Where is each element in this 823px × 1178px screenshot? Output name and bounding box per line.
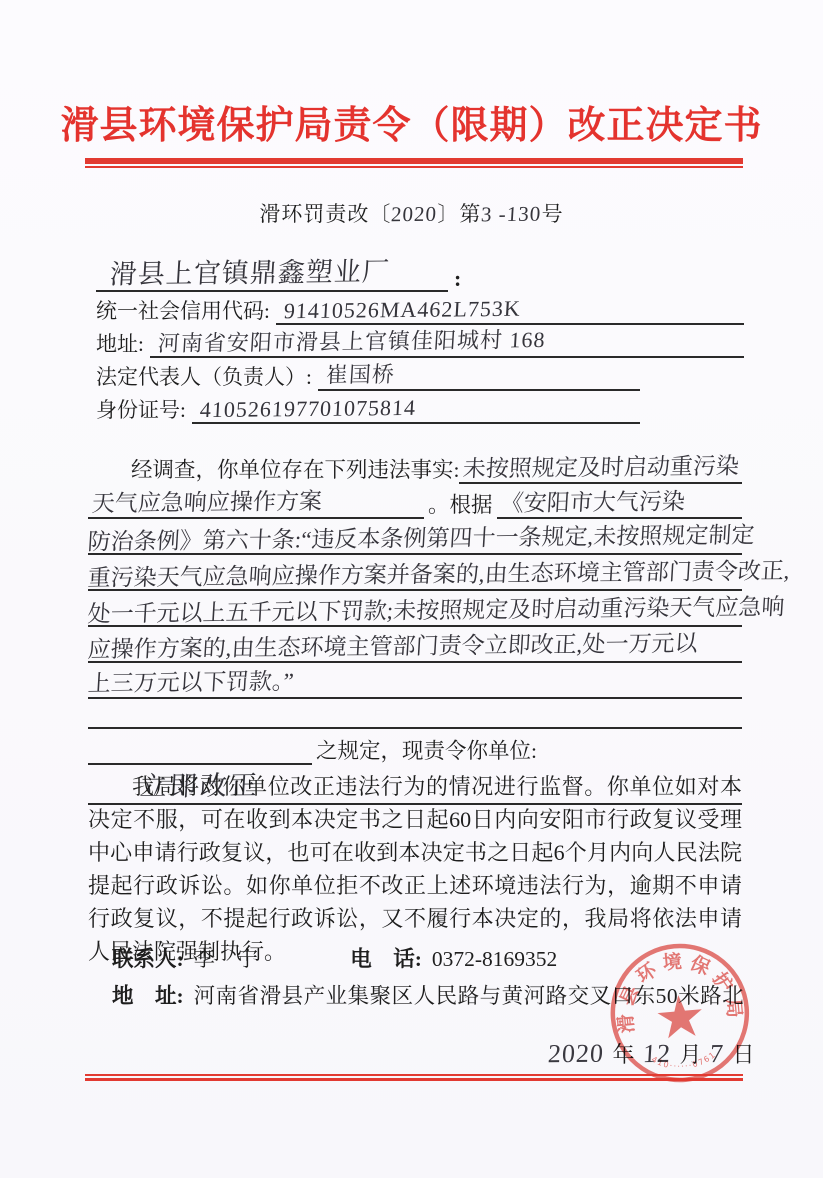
law-handwritten-1: 防治条例》第六十条:“违反本条例第四十一条规定,未按照规定制定 <box>87 517 756 557</box>
facts-underline-1: 未按照规定及时启动重污染 <box>459 449 742 484</box>
legal-rep-underline: 崔国桥 <box>318 358 640 391</box>
red-double-rule-bottom <box>85 1074 743 1081</box>
scanned-document-page: 滑县环境保护局责令（限期）改正决定书 滑环罚责改〔2020〕第3 -130号 滑… <box>0 0 823 1178</box>
legal-rep-label: 法定代表人（负责人）: <box>96 361 318 391</box>
id-number-label: 身份证号: <box>96 394 192 424</box>
date-year-unit: 年 <box>610 1042 638 1067</box>
docno-year-handwritten: 2020 <box>391 202 439 227</box>
docno-prefix: 滑环罚责改〔 <box>259 202 391 226</box>
clause-text: 之规定，现责令你单位: <box>312 734 537 765</box>
date-day-unit: 日 <box>730 1042 758 1067</box>
recipient-block: 滑县上官镇鼎鑫塑业厂 : 统一社会信用代码: 91410526MA462L753… <box>96 250 744 424</box>
phone-label: 电 话: <box>350 942 422 973</box>
facts-lead-text: 经调查，你单位存在下列违法事实: <box>88 453 459 484</box>
facts-mid-text: 。根据 <box>424 488 497 519</box>
law-handwritten-5: 上三万元以下罚款。” <box>87 663 295 698</box>
id-number-underline: 410526197701075814 <box>192 396 640 424</box>
recipient-name-underline: 滑县上官镇鼎鑫塑业厂 <box>96 251 448 292</box>
docno-serial-handwritten: 3 -130 <box>481 202 543 228</box>
supervision-paragraph: 我局将对你单位改正违法行为的情况进行监督。你单位如对本决定不服，可在收到本决定书… <box>88 770 742 968</box>
law-line-3: 处一千元以上五千元以下罚款;未按照规定及时启动重污染天气应急响 <box>88 591 742 627</box>
recipient-name-colon: : <box>448 266 461 292</box>
office-address-label: 地 址: <box>112 979 184 1010</box>
law-handwritten-4: 应操作方案的,由生态环境主管部门责令立即改正,处一万元以 <box>87 625 699 664</box>
date-line: 2020 年 12 月 7 日 <box>548 1038 758 1069</box>
address-row: 地址: 河南省安阳市滑县上官镇佳阳城村 168 <box>96 325 744 358</box>
red-double-rule-top <box>85 158 743 168</box>
document-number: 滑环罚责改〔2020〕第3 -130号 <box>0 198 823 228</box>
address-underline: 河南省安阳市滑县上官镇佳阳城村 168 <box>150 325 744 358</box>
facts-underline-2: 天气应急响应操作方案 <box>88 484 424 519</box>
empty-fill-underline <box>88 711 742 729</box>
facts-underline-3: 《安阳市大气污染 <box>497 484 742 519</box>
contact-row: 联系人: 李 宁 电 话: 0372-8169352 <box>112 942 744 979</box>
law-line-4: 应操作方案的,由生态环境主管部门责令立即改正,处一万元以 <box>88 627 742 663</box>
contact-name: 李 宁 <box>184 942 259 973</box>
date-day-handwritten: 7 <box>709 1039 725 1069</box>
law-line-5: 上三万元以下罚款。” <box>88 663 742 699</box>
office-address-value: 河南省滑县产业集聚区人民路与黄河路交叉口东50米路北 <box>184 979 745 1010</box>
facts-block: 经调查，你单位存在下列违法事实: 未按照规定及时启动重污染 天气应急响应操作方案… <box>88 449 742 805</box>
docno-suffix: 号 <box>542 202 564 226</box>
facts-handwritten-3: 《安阳市大气污染 <box>499 483 685 518</box>
facts-handwritten-2: 天气应急响应操作方案 <box>91 483 323 518</box>
id-number-row: 身份证号: 410526197701075814 <box>96 391 744 424</box>
facts-handwritten-1: 未按照规定及时启动重污染 <box>462 448 740 484</box>
clause-row: 之规定，现责令你单位: <box>88 733 742 765</box>
recipient-name-handwritten: 滑县上官镇鼎鑫塑业厂 <box>109 250 392 292</box>
office-address-row: 地 址: 河南省滑县产业集聚区人民路与黄河路交叉口东50米路北 <box>112 979 744 1016</box>
contact-block: 联系人: 李 宁 电 话: 0372-8169352 地 址: 河南省滑县产业集… <box>112 942 744 1016</box>
law-line-2: 重污染天气应急响应操作方案并备案的,由生态环境主管部门责令改正, <box>88 555 742 591</box>
credit-code-underline: 91410526MA462L753K <box>276 297 744 325</box>
legal-rep-row: 法定代表人（负责人）: 崔国桥 <box>96 358 744 391</box>
recipient-name-row: 滑县上官镇鼎鑫塑业厂 : <box>96 250 744 292</box>
address-label: 地址: <box>96 328 150 358</box>
law-handwritten-2: 重污染天气应急响应操作方案并备案的,由生态环境主管部门责令改正, <box>87 552 791 592</box>
facts-line-2: 天气应急响应操作方案 。根据 《安阳市大气污染 <box>88 484 742 519</box>
facts-line-1: 经调查，你单位存在下列违法事实: 未按照规定及时启动重污染 <box>88 449 742 484</box>
contact-label: 联系人: <box>112 942 184 973</box>
date-year-handwritten: 2020 <box>547 1039 605 1070</box>
docno-mid: 〕第 <box>437 202 481 226</box>
document-title: 滑县环境保护局责令（限期）改正决定书 <box>0 94 823 149</box>
legal-rep-handwritten: 崔国桥 <box>325 358 396 390</box>
credit-code-handwritten: 91410526MA462L753K <box>283 296 521 324</box>
law-handwritten-3: 处一千元以上五千元以下罚款;未按照规定及时启动重污染天气应急响 <box>87 588 786 628</box>
law-line-1: 防治条例》第六十条:“违反本条例第四十一条规定,未按照规定制定 <box>88 519 742 555</box>
address-handwritten: 河南省安阳市滑县上官镇佳阳城村 168 <box>157 323 547 358</box>
date-month-handwritten: 12 <box>642 1039 672 1069</box>
credit-code-row: 统一社会信用代码: 91410526MA462L753K <box>96 292 744 325</box>
id-number-handwritten: 410526197701075814 <box>199 395 417 423</box>
phone-number: 0372-8169352 <box>422 947 557 972</box>
credit-code-label: 统一社会信用代码: <box>96 295 276 325</box>
date-month-unit: 月 <box>677 1042 705 1067</box>
